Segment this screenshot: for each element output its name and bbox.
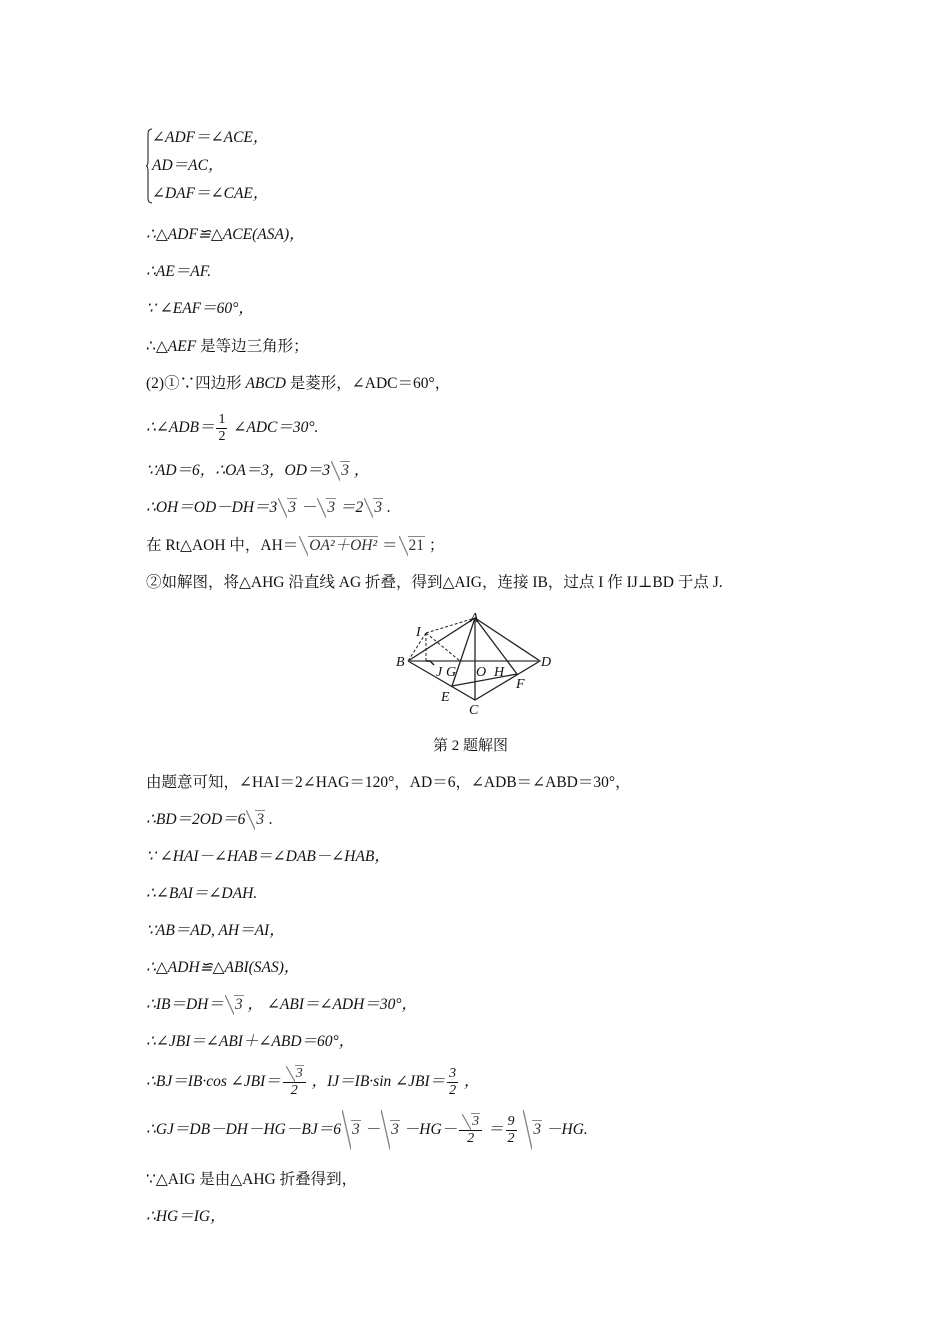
text: ＝ [484,1121,503,1138]
numerator: 1 [216,412,227,429]
text: ∵AD＝6，∴OA＝3，OD＝3 [146,462,330,479]
proof-line: ∴HG＝IG， [146,1207,226,1227]
proof-line: ∴IB＝DH＝3 ， ∠ABI＝∠ADH＝30°， [146,995,417,1015]
point-label-b: B [396,655,405,670]
numerator: 9 [506,1114,517,1131]
radicand: 21 [408,536,426,554]
proof-line: ②如解图，将△AHG 沿直线 AG 折叠，得到△AIG，连接 IB，过点 I 作… [146,573,723,593]
text: ∴IB＝DH＝ [146,996,224,1013]
sqrt: 3 [381,1110,400,1150]
fraction: 32 [459,1114,482,1147]
radicand: 3 [351,1120,361,1138]
sqrt: 3 [278,498,297,518]
text: ∠ADC＝30°. [229,419,318,436]
numerator: 3 [283,1066,306,1083]
text: ∴BD＝2OD＝6 [146,811,245,828]
proof-line: ∴AE＝AF. [146,262,211,282]
text: ， [460,1073,479,1090]
proof-line: ∵ ∠EAF＝60°， [146,299,254,319]
system-row: ∠DAF＝∠CAE， [152,184,268,204]
point-label-g: G [446,665,456,680]
text: ∴∠ADB＝ [146,419,214,436]
text: (2)①∵四边形 [146,375,245,392]
proof-line: (2)①∵四边形 ABCD 是菱形，∠ADC＝60°， [146,374,450,394]
point-label-a: A [469,611,479,626]
point-label-h: H [493,665,505,680]
sqrt: 3 [286,1066,304,1082]
radicand: 3 [471,1113,480,1129]
sqrt: 3 [246,810,265,830]
text: 在 Rt△AOH 中，AH＝ [146,537,298,554]
radicand: 3 [287,498,297,516]
sqrt: 3 [364,498,383,518]
sqrt: 3 [331,461,350,481]
point-label-o: O [476,665,486,680]
sqrt: 3 [225,995,244,1015]
radicand: 3 [390,1120,400,1138]
denominator: 2 [459,1131,482,1147]
sqrt: 21 [399,536,426,556]
proof-line: ∴OH＝OD－DH＝33 －3 ＝23 . [146,498,391,518]
text: AEF [168,338,196,355]
numerator: 3 [459,1114,482,1131]
radicand: 3 [255,810,265,828]
equation-system: ∠ADF＝∠ACE， AD＝AC， ∠DAF＝∠CAE， [146,126,446,210]
fraction: 92 [506,1114,517,1147]
figure-caption: 第 2 题解图 [433,734,508,755]
radicand: 3 [373,498,383,516]
proof-line: ∴△ADF≌△ACE(ASA)， [146,225,305,245]
radicand: OA²＋OH² [308,536,378,554]
sqrt: 3 [342,1110,361,1150]
system-row: AD＝AC， [152,156,223,176]
fraction: 32 [283,1066,306,1099]
text: ， [350,462,369,479]
point-label-f: F [515,677,525,692]
fraction: 32 [447,1066,458,1099]
proof-line: ∴∠ADB＝12 ∠ADC＝30°. [146,410,318,446]
radicand: 3 [234,995,244,1013]
text: －HG. [542,1121,588,1138]
radicand: 3 [326,498,336,516]
text: － [361,1121,380,1138]
proof-line: ∴BJ＝IB·cos ∠JBI＝32 ，IJ＝IB·sin ∠JBI＝32 ， [146,1062,480,1102]
radicand: 3 [532,1120,542,1138]
system-row: ∠ADF＝∠ACE， [152,128,268,148]
geometry-diagram: A B C D E F G H I J O [390,605,570,730]
fraction: 12 [216,412,227,445]
radicand: 3 [340,461,350,479]
proof-line: 在 Rt△AOH 中，AH＝OA²＋OH² ＝21 ； [146,536,444,556]
proof-line: ∴∠BAI＝∠DAH. [146,884,257,904]
proof-line: ∵AD＝6，∴OA＝3，OD＝33 ， [146,461,369,481]
point-label-c: C [469,703,479,718]
text: ∴OH＝OD－DH＝3 [146,499,277,516]
text: ，IJ＝IB·sin ∠JBI＝ [308,1073,445,1090]
proof-line: ∴△ADH≌△ABI(SAS)， [146,958,299,978]
text: 是菱形，∠ADC＝60°， [286,375,450,392]
text: ABCD [245,375,285,392]
proof-line: ∵ ∠HAI－∠HAB＝∠DAB－∠HAB， [146,847,390,867]
denominator: 2 [447,1083,458,1099]
denominator: 2 [216,429,227,445]
denominator: 2 [506,1131,517,1147]
point-label-e: E [440,690,450,705]
text: ； [425,537,444,554]
sqrt: 3 [317,498,336,518]
proof-line: 由题意可知，∠HAI＝2∠HAG＝120°，AD＝6，∠ADB＝∠ABD＝30°… [146,773,631,793]
text: ， ∠ABI＝∠ADH＝30°， [244,996,417,1013]
proof-line: ∴△AEF 是等边三角形； [146,337,309,357]
radicand: 3 [295,1065,304,1081]
point-label-i: I [415,625,422,640]
sqrt: OA²＋OH² [299,536,378,556]
denominator: 2 [283,1083,306,1099]
text: . [265,811,273,828]
numerator: 3 [447,1066,458,1083]
proof-line: ∴BD＝2OD＝63 . [146,810,273,830]
proof-line: ∵△AIG 是由△AHG 折叠得到， [146,1170,357,1190]
point-label-j: J [436,665,443,680]
text: . [383,499,391,516]
proof-line: ∵AB＝AD, AH＝AI， [146,921,285,941]
text: ∴△ [146,338,168,355]
text: ∴GJ＝DB－DH－HG－BJ＝6 [146,1121,341,1138]
sqrt: 3 [523,1110,542,1150]
text: ＝2 [336,499,363,516]
sqrt: 3 [462,1114,480,1130]
text: ∴BJ＝IB·cos ∠JBI＝ [146,1073,281,1090]
text: 是等边三角形； [196,338,308,355]
proof-line: ∴∠JBI＝∠ABI＋∠ABD＝60°， [146,1032,354,1052]
text: －HG－ [400,1121,457,1138]
text: － [297,499,316,516]
proof-line: ∴GJ＝DB－DH－HG－BJ＝63 －3 －HG－32 ＝92 3 －HG. [146,1110,588,1150]
text: ＝ [378,537,397,554]
point-label-d: D [540,655,551,670]
